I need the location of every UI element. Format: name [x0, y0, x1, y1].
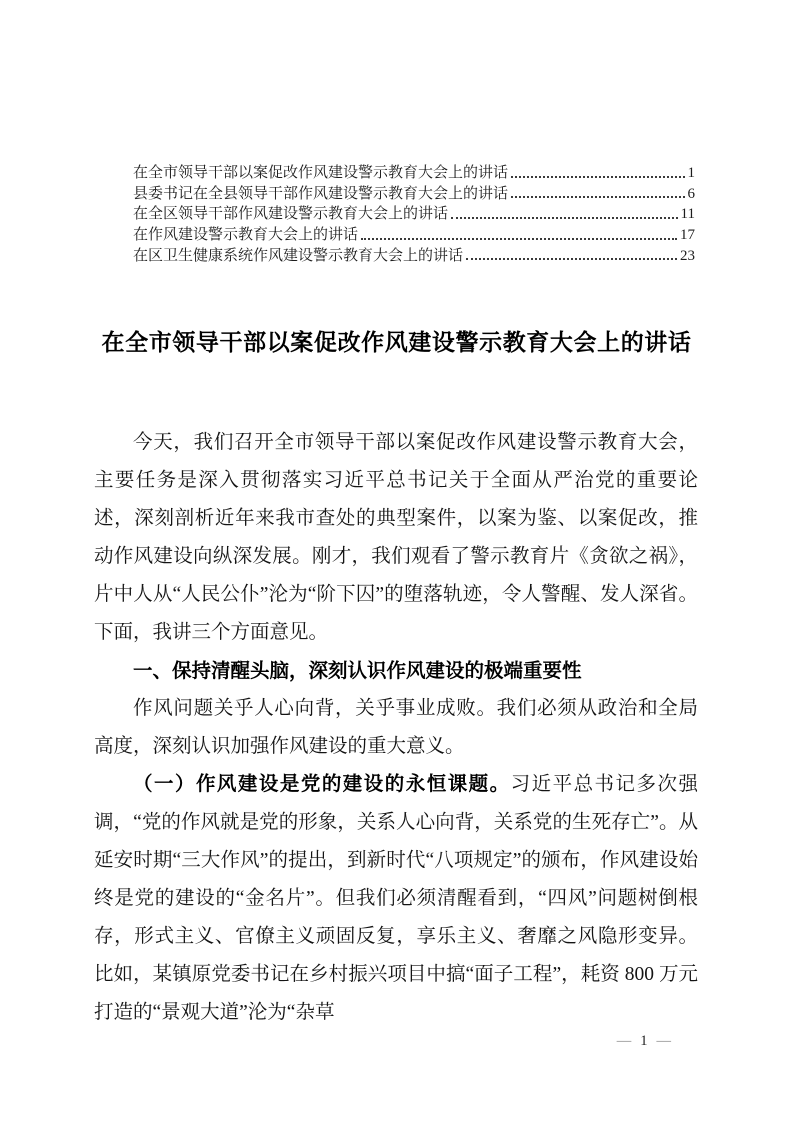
toc-entry-1[interactable]: 在全市领导干部以案促改作风建设警示教育大会上的讲话 1: [133, 161, 695, 182]
toc-entry-title: 在全市领导干部以案促改作风建设警示教育大会上的讲话: [133, 161, 508, 182]
page-number-footer: —1—: [617, 1033, 671, 1050]
toc-entry-2[interactable]: 县委书记在全县领导干部作风建设警示教育大会上的讲话 6: [133, 182, 695, 203]
toc-entry-title: 在区卫生健康系统作风建设警示教育大会上的讲话: [133, 244, 463, 265]
toc-page-number: 11: [681, 206, 695, 223]
toc-page-number: 17: [680, 227, 695, 244]
toc-dotted-leader: [466, 258, 677, 260]
point1-body-text: 习近平总书记多次强调，“党的作风就是党的形象，关系人心向背，关系党的生死存亡”。…: [94, 774, 698, 1023]
document-body: 今天，我们召开全市领导干部以案促改作风建设警示教育大会，主要任务是深入贯彻落实习…: [94, 424, 698, 1032]
toc-page-number: 6: [688, 186, 696, 203]
paragraph-section1-point1: （一）作风建设是党的建设的永恒课题。习近平总书记多次强调，“党的作风就是党的形象…: [94, 766, 698, 1032]
toc-entry-title: 在全区领导干部作风建设警示教育大会上的讲话: [133, 202, 448, 223]
footer-page-number: 1: [640, 1033, 647, 1049]
document-title: 在全市领导干部以案促改作风建设警示教育大会上的讲话: [0, 324, 793, 357]
paragraph-section1-overview: 作风问题关乎人心向背，关乎事业成败。我们必须从政治和全局高度，深刻认识加强作风建…: [94, 690, 698, 766]
toc-entry-title: 县委书记在全县领导干部作风建设警示教育大会上的讲话: [133, 182, 508, 203]
document-page: 在全市领导干部以案促改作风建设警示教育大会上的讲话 1 县委书记在全县领导干部作…: [0, 0, 793, 1122]
paragraph-intro: 今天，我们召开全市领导干部以案促改作风建设警示教育大会，主要任务是深入贯彻落实习…: [94, 424, 698, 652]
toc-dotted-leader: [511, 196, 684, 198]
point1-lead-sentence: （一）作风建设是党的建设的永恒课题。: [133, 774, 511, 795]
footer-dash-right: —: [657, 1033, 672, 1049]
toc-page-number: 1: [688, 165, 696, 182]
toc-entry-3[interactable]: 在全区领导干部作风建设警示教育大会上的讲话 11: [133, 202, 695, 223]
toc-dotted-leader: [511, 176, 684, 178]
toc-entry-4[interactable]: 在作风建设警示教育大会上的讲话 17: [133, 223, 695, 244]
footer-dash-left: —: [617, 1033, 632, 1049]
toc-entry-title: 在作风建设警示教育大会上的讲话: [133, 223, 358, 244]
toc-dotted-leader: [361, 238, 677, 240]
toc-entry-5[interactable]: 在区卫生健康系统作风建设警示教育大会上的讲话 23: [133, 244, 695, 265]
toc-page-number: 23: [680, 248, 695, 265]
section-heading-1: 一、保持清醒头脑，深刻认识作风建设的极端重要性: [94, 652, 698, 690]
table-of-contents: 在全市领导干部以案促改作风建设警示教育大会上的讲话 1 县委书记在全县领导干部作…: [133, 161, 695, 264]
toc-dotted-leader: [451, 217, 678, 219]
